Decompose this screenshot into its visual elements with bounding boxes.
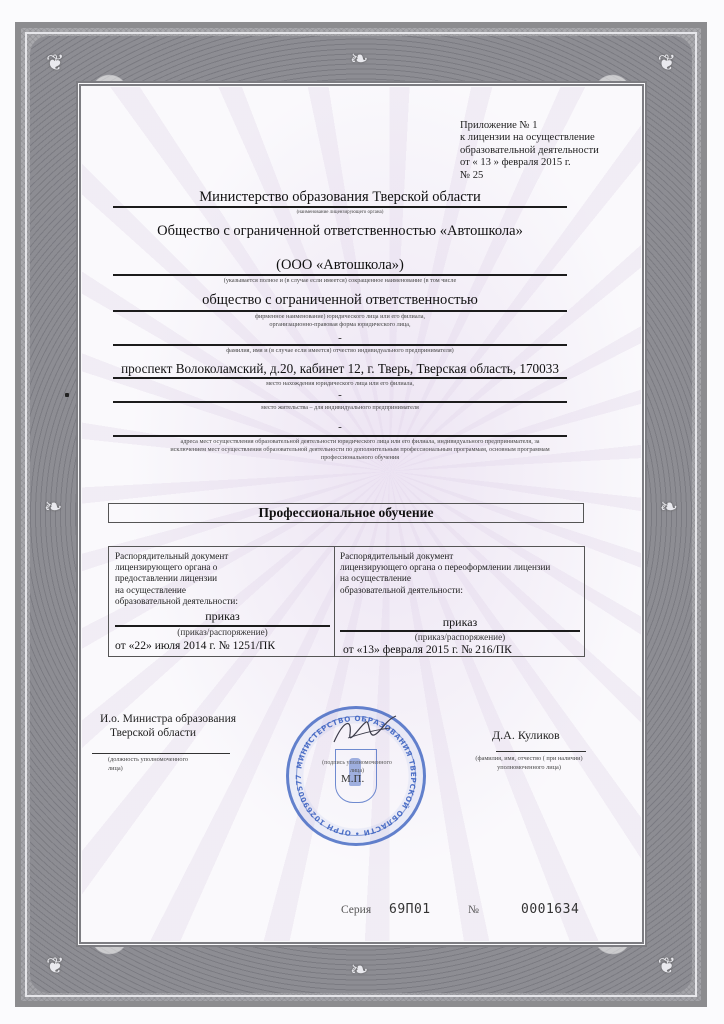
appendix-line: от « 13 » февраля 2015 г. <box>460 157 599 169</box>
top-ornament-icon: ❧ <box>350 48 368 70</box>
organization-address: проспект Волоколамский, д.20, кабинет 12… <box>113 361 567 377</box>
table-column-divider <box>334 547 335 656</box>
corner-ornament-icon: ❦ <box>46 955 64 977</box>
description-line: образовательной деятельности: <box>115 596 330 607</box>
name-underline <box>496 751 586 752</box>
entrepreneur-name: - <box>113 332 567 344</box>
signatory-position: И.о. Министра образования Тверской облас… <box>100 712 236 740</box>
description-line: лицензирующего органа о <box>115 562 330 573</box>
corner-ornament-icon: ❦ <box>658 52 676 74</box>
description-line: на осуществление <box>115 585 330 596</box>
corner-ornament-icon: ❦ <box>658 955 676 977</box>
side-ornament-icon: ❧ <box>660 496 678 518</box>
position-line: И.о. Министра образования <box>100 712 236 726</box>
stamp-label: М.П. <box>341 773 364 785</box>
bottom-ornament-icon: ❧ <box>350 959 368 981</box>
caption-line: (должность уполномоченного <box>108 756 228 765</box>
appendix-line: Приложение № 1 <box>460 120 599 132</box>
series-label: Серия <box>341 904 371 916</box>
field-underline <box>113 310 567 312</box>
description-line: Распорядительный документ <box>115 551 330 562</box>
legal-form-caption-2: организационно-правовая форма юридическо… <box>113 321 567 330</box>
description-line: предоставлении лицензии <box>115 573 330 584</box>
residence-caption: место жительства – для индивидуального п… <box>113 404 567 413</box>
appendix-header: Приложение № 1 к лицензии на осуществлен… <box>460 120 599 182</box>
document-type: приказ <box>115 609 330 624</box>
field-underline <box>113 377 567 379</box>
position-line: Тверской области <box>100 726 236 740</box>
document-type: приказ <box>340 615 580 630</box>
activity-caption-3: профессионального обучения <box>100 454 620 463</box>
caption-line: (подпись уполномоченного <box>313 759 401 767</box>
description-line: лицензирующего органа о переоформлении л… <box>340 562 580 573</box>
name-caption: (фамилия, имя, отчество ( при наличии) у… <box>462 755 596 772</box>
document-type-caption: (приказ/распоряжение) <box>115 627 330 637</box>
field-underline <box>113 274 567 276</box>
document-description: Распорядительный документ лицензирующего… <box>115 551 330 607</box>
licensing-body-name: Министерство образования Тверской област… <box>113 189 567 206</box>
number-value: 0001634 <box>521 902 579 917</box>
caption-line: (фамилия, имя, отчество ( при наличии) <box>462 755 596 764</box>
field-underline <box>113 401 567 403</box>
appendix-line: образовательной деятельности <box>460 145 599 157</box>
field-underline <box>113 206 567 208</box>
handwritten-signature <box>330 712 400 752</box>
address-caption: место нахождения юридического лица или е… <box>113 380 567 389</box>
education-type-title: Профессиональное обучение <box>108 503 584 523</box>
description-line: образовательной деятельности: <box>340 585 580 596</box>
organization-name-caption: (указывается полное и (в случае если име… <box>113 277 567 286</box>
scan-speck <box>65 393 69 397</box>
activity-addresses-value: - <box>113 421 567 433</box>
document-description: Распорядительный документ лицензирующего… <box>340 551 580 596</box>
side-ornament-icon: ❧ <box>44 496 62 518</box>
entrepreneur-caption: фамилия, имя и (в случае если имеется) о… <box>113 347 567 356</box>
number-label: № <box>468 904 479 916</box>
signatory-name: Д.А. Куликов <box>492 728 560 742</box>
document-number: от «22» июля 2014 г. № 1251/ПК <box>115 639 330 652</box>
organization-full-name: Общество с ограниченной ответственностью… <box>113 223 567 240</box>
appendix-line: № 25 <box>460 170 599 182</box>
license-documents-table: Распорядительный документ лицензирующего… <box>108 546 585 657</box>
organization-short-name: (ООО «Автошкола») <box>113 257 567 274</box>
caption-line: лица) <box>108 765 228 774</box>
appendix-line: к лицензии на осуществление <box>460 132 599 144</box>
field-underline <box>113 344 567 346</box>
document-number: от «13» февраля 2015 г. № 216/ПК <box>343 643 583 656</box>
field-underline <box>113 435 567 437</box>
series-value: 69П01 <box>389 902 431 917</box>
description-line: Распорядительный документ <box>340 551 580 562</box>
licensing-body-caption: (наименование лицензирующего органа) <box>113 209 567 218</box>
document-type-caption: (приказ/распоряжение) <box>340 632 580 642</box>
residence-value: - <box>113 389 567 401</box>
organization-legal-form: общество с ограниченной ответственностью <box>113 292 567 309</box>
caption-line: уполномоченного лица) <box>462 764 596 773</box>
description-line: на осуществление <box>340 573 580 584</box>
corner-ornament-icon: ❦ <box>46 52 64 74</box>
position-caption: (должность уполномоченного лица) <box>94 756 228 773</box>
position-underline <box>92 753 230 754</box>
